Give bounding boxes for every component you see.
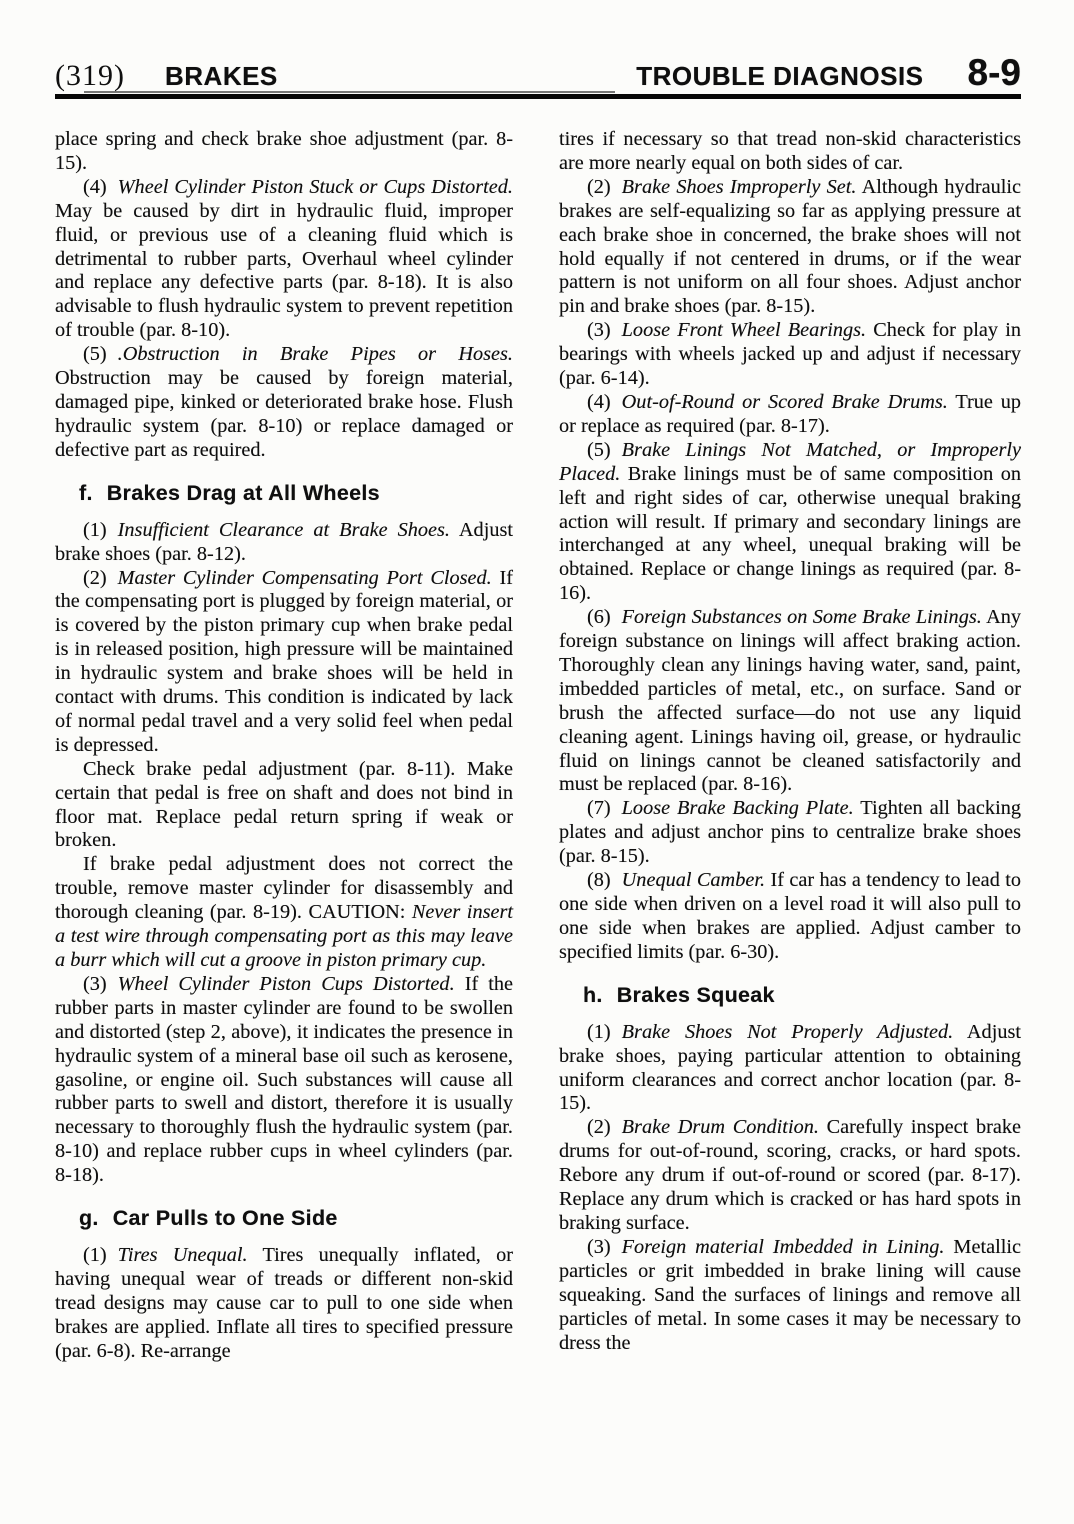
item-title: Out-of-Round or Scored Brake Drums. [622,391,948,413]
paragraph: (1)Insufficient Clearance at Brake Shoes… [55,519,513,567]
manual-page: (319) BRAKES TROUBLE DIAGNOSIS 8-9 place… [0,0,1074,1524]
paragraph: (3)Loose Front Wheel Bearings. Check for… [559,319,1021,391]
section-letter: h. [583,983,603,1007]
paragraph: (3)Foreign material Imbedded in Lining. … [559,1236,1021,1356]
paragraph: place spring and check brake shoe adjust… [55,128,513,176]
paragraph: (8)Unequal Camber. If car has a tendency… [559,869,1021,965]
paragraph-text: Obstruction may be caused by foreign mat… [55,367,513,461]
paragraph: tires if necessary so that tread non-ski… [559,128,1021,176]
paragraph: (2)Master Cylinder Compensating Port Clo… [55,567,513,758]
item-title: Brake Drum Condition. [622,1116,819,1138]
paragraph: (7)Loose Brake Backing Plate. Tighten al… [559,797,1021,869]
item-title: Brake Shoes Not Properly Adjusted. [622,1021,954,1043]
item-number: (6) [587,606,611,628]
paragraph: (2)Brake Drum Condition. Carefully inspe… [559,1116,1021,1236]
item-title: Brake Shoes Improperly Set. [622,176,857,198]
section-title-right: TROUBLE DIAGNOSIS [636,61,923,92]
item-number: (2) [83,567,107,589]
page-number: 8-9 [968,52,1021,94]
paragraph-text: tires if necessary so that tread non-ski… [559,128,1021,174]
item-title: Wheel Cylinder Piston Cups Distorted. [118,973,455,995]
item-number: (1) [587,1021,611,1043]
paragraph-text: place spring and check brake shoe adjust… [55,128,513,174]
item-title: Loose Front Wheel Bearings. [622,319,866,341]
item-number: (3) [587,319,611,341]
paragraph: (1)Tires Unequal. Tires unequally inflat… [55,1244,513,1364]
paragraph: (3)Wheel Cylinder Piston Cups Distorted.… [55,973,513,1188]
paragraph-text: Check brake pedal adjustment (par. 8-11)… [55,758,513,852]
paragraph-text: May be caused by dirt in hydraulic fluid… [55,200,513,342]
item-title: Master Cylinder Compensating Port Closed… [118,567,492,589]
section-heading-g: g.Car Pulls to One Side [79,1205,513,1231]
paragraph: (4)Out-of-Round or Scored Brake Drums. T… [559,391,1021,439]
paragraph: (2)Brake Shoes Improperly Set. Although … [559,176,1021,319]
section-letter: f. [79,481,93,505]
item-title: Tires Unequal. [118,1244,248,1266]
item-number: (8) [587,869,611,891]
item-number: (3) [83,973,107,995]
text-columns: place spring and check brake shoe adjust… [55,128,1021,1364]
item-title: Insufficient Clearance at Brake Shoes. [118,519,450,541]
item-number: (5) [587,439,611,461]
item-number: (2) [587,1116,611,1138]
section-heading-text: Brakes Drag at All Wheels [107,481,380,505]
column-left: place spring and check brake shoe adjust… [55,128,513,1364]
section-title-left: BRAKES [165,61,278,92]
paragraph: Check brake pedal adjustment (par. 8-11)… [55,758,513,854]
item-number: (1) [83,1244,107,1266]
item-number: (1) [83,519,107,541]
page-header: (319) BRAKES TROUBLE DIAGNOSIS 8-9 [55,52,1021,94]
paragraph-text: If the rubber parts in master cylinder a… [55,973,513,1186]
item-title: Loose Brake Backing Plate. [622,797,854,819]
paragraph-text: Any foreign substance on linings will af… [559,606,1021,795]
item-title: Foreign Substances on Some Brake Linings… [622,606,982,628]
paragraph-text: Brake linings must be of same compositio… [559,463,1021,605]
item-number: (2) [587,176,611,198]
section-heading-f: f.Brakes Drag at All Wheels [79,480,513,506]
item-number: (4) [83,176,107,198]
paragraph: (5).Obstruction in Brake Pipes or Hoses.… [55,343,513,463]
header-rule [55,94,1021,99]
item-title: Unequal Camber. [622,869,765,891]
item-number: (7) [587,797,611,819]
section-heading-h: h.Brakes Squeak [583,982,1021,1008]
paragraph: (1)Brake Shoes Not Properly Adjusted. Ad… [559,1021,1021,1117]
item-title: Wheel Cylinder Piston Stuck or Cups Dist… [118,176,513,198]
section-heading-text: Brakes Squeak [617,983,775,1007]
item-number: (4) [587,391,611,413]
page-ref: (319) [55,59,125,93]
column-right: tires if necessary so that tread non-ski… [559,128,1021,1364]
paragraph-text: If the compensating port is plugged by f… [55,567,513,756]
item-number: (3) [587,1236,611,1258]
paragraph: (5)Brake Linings Not Matched, or Imprope… [559,439,1021,606]
paragraph: (6)Foreign Substances on Some Brake Lini… [559,606,1021,797]
section-heading-text: Car Pulls to One Side [113,1206,338,1230]
item-title: .Obstruction in Brake Pipes or Hoses. [118,343,513,365]
item-number: (5) [83,343,107,365]
paragraph-caution: If brake pedal adjustment does not corre… [55,853,513,973]
item-title: Foreign material Imbedded in Lining. [622,1236,945,1258]
caution-label: CAUTION: [309,901,406,923]
paragraph: (4)Wheel Cylinder Piston Stuck or Cups D… [55,176,513,343]
section-letter: g. [79,1206,99,1230]
